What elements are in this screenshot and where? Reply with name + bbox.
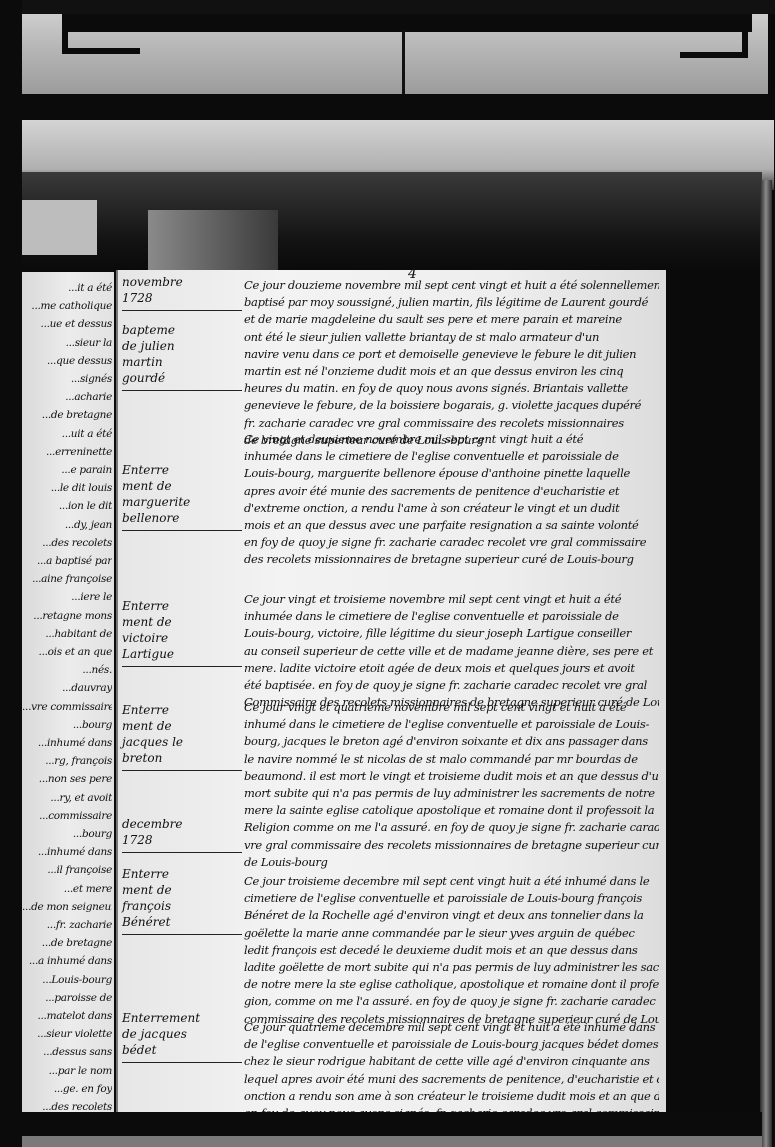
left-page-fragment: ...dy, jean (22, 519, 112, 531)
margin-divider (122, 1062, 242, 1063)
margin-header-line: bapteme (122, 322, 175, 338)
margin-header-entry2: Enterrement demargueritebellenore (122, 462, 190, 526)
margin-divider (122, 934, 242, 935)
margin-header-line: victoire (122, 630, 174, 646)
margin-header-line: ment de (122, 478, 190, 494)
margin-header-line: novembre (122, 274, 183, 290)
entry-5-line: gion, comme on me l'a assuré. en foy de … (244, 994, 659, 1008)
left-page: ...it a été...me catholique...ue et dess… (22, 272, 114, 1114)
left-page-fragment: ...des recolets (22, 537, 112, 549)
left-page-fragment: ...de mon seigneur (22, 901, 112, 913)
entry-3-line: été baptisée. en foy de quoy je signe fr… (244, 678, 659, 692)
page-edge (116, 270, 118, 1120)
frame-bar (0, 0, 775, 14)
margin-header-line: martin (122, 354, 175, 370)
entry-2-line: mois et an que dessus avec une parfaite … (244, 518, 659, 532)
margin-header-line: Enterrement (122, 1010, 200, 1026)
entry-1-line: heures du matin. en foy de quoy nous avo… (244, 381, 659, 395)
margin-header-line: breton (122, 750, 183, 766)
margin-header-entry5: Enterrement defrançoisBénéret (122, 866, 172, 930)
left-page-fragment: ...uit a été (22, 428, 112, 440)
margin-header-line: Enterre (122, 866, 172, 882)
margin-header-line: Enterre (122, 702, 183, 718)
margin-header-entry4: Enterrement dejacques lebreton (122, 702, 183, 766)
left-page-fragment: ...de bretagne (22, 409, 112, 421)
entry-1-line: martin est né l'onzieme dudit mois et an… (244, 364, 659, 378)
entry-1-line: et de marie magdeleine du sault ses pere… (244, 312, 659, 326)
entry-1-line: navire venu dans ce port et demoiselle g… (244, 347, 659, 361)
entry-3-line: Ce jour vingt et troisieme novembre mil … (244, 592, 659, 606)
margin-header-line: decembre (122, 816, 183, 832)
entry-2-line: inhumée dans le cimetiere de l'eglise co… (244, 449, 659, 463)
left-page-fragment: ...matelot dans (22, 1010, 112, 1022)
left-page-fragment: ...ion le dit (22, 500, 112, 512)
frame-edge-left (0, 0, 22, 1147)
margin-header-line: de julien (122, 338, 175, 354)
margin-header-line: Enterre (122, 598, 174, 614)
left-page-fragment: ...iere le (22, 591, 112, 603)
entry-2-line: apres avoir été munie des sacrements de … (244, 484, 659, 498)
margin-header-month2: decembre1728 (122, 816, 183, 848)
entry-5-line: de notre mere la ste eglise catholique, … (244, 977, 659, 991)
entry-3-line: au conseil superieur de cette ville et d… (244, 644, 659, 658)
margin-divider (122, 310, 242, 311)
entry-2-line: d'extreme onction, a rendu l'ame à son c… (244, 501, 659, 515)
entry-4-line: mort subite qui n'a pas permis de luy ad… (244, 786, 659, 800)
entry-1-line: baptisé par moy soussigné, julien martin… (244, 295, 659, 309)
margin-divider (122, 666, 242, 667)
frame-bracket-right (680, 52, 748, 58)
entry-2-line: des recolets missionnaires de bretagne s… (244, 552, 659, 566)
entry-2-line: Ce vingt et deuxieme novembre mil sept c… (244, 432, 659, 446)
left-page-fragment: ...e parain (22, 464, 112, 476)
frame-bracket-right (742, 14, 748, 56)
frame-bar (62, 14, 752, 32)
left-page-fragment: ...il françoise (22, 864, 112, 876)
entry-5-line: ladite goëlette de mort subite qui n'a p… (244, 960, 659, 974)
margin-header-entry6: Enterrementde jacquesbédet (122, 1010, 200, 1058)
margin-divider (122, 770, 242, 771)
margin-header-line: 1728 (122, 832, 183, 848)
left-page-fragment: ...bourg (22, 719, 112, 731)
entry-6-line: onction a rendu son ame à son créateur l… (244, 1089, 659, 1103)
left-page-fragment: ...erreninette (22, 446, 112, 458)
paper-scrap (22, 200, 97, 255)
left-page-fragment: ...rg, françois (22, 755, 112, 767)
left-page-fragment: ...vre commissaire (22, 701, 112, 713)
left-page-fragment: ...sieur violette (22, 1028, 112, 1040)
paper-scrap (148, 210, 278, 270)
left-page-fragment: ...it a été (22, 282, 112, 294)
entry-6-line: Ce jour quatrieme decembre mil sept cent… (244, 1020, 659, 1034)
left-page-fragment: ...ry, et avoit (22, 792, 112, 804)
left-page-fragment: ...me catholique (22, 300, 112, 312)
margin-header-entry3: Enterrement devictoireLartigue (122, 598, 174, 662)
left-page-fragment: ...nés. (22, 664, 112, 676)
left-page-fragment: ...aine françoise (22, 573, 112, 585)
entry-1-line: Ce jour douzieme novembre mil sept cent … (244, 278, 659, 292)
left-page-fragment: ...retagne mons (22, 610, 112, 622)
margin-header-month1: novembre1728 (122, 274, 183, 306)
entry-6-line: de l'eglise conventuelle et paroissiale … (244, 1037, 659, 1051)
left-page-fragment: ...sieur la (22, 337, 112, 349)
left-page-fragment: ...Louis-bourg (22, 974, 112, 986)
left-page-fragment: ...paroisse de (22, 992, 112, 1004)
entry-4-line: Religion comme on me l'a assuré. en foy … (244, 820, 659, 834)
entry-5-line: Ce jour troisieme decembre mil sept cent… (244, 874, 659, 888)
entry-4-line: mere la sainte eglise catolique apostoli… (244, 803, 659, 817)
left-page-fragment: ...bourg (22, 828, 112, 840)
entry-3-line: Louis-bourg, victoire, fille légitime du… (244, 626, 659, 640)
entry-4-line: le navire nommé le st nicolas de st malo… (244, 752, 659, 766)
left-page-fragment: ...inhumé dans (22, 846, 112, 858)
left-page-fragment: ...dauvray (22, 682, 112, 694)
entry-1-line: ont été le sieur julien vallette brianta… (244, 330, 659, 344)
entry-5-line: cimetiere de l'eglise conventuelle et pa… (244, 891, 659, 905)
margin-header-line: 1728 (122, 290, 183, 306)
left-page-fragment: ...ois et an que (22, 646, 112, 658)
margin-divider (122, 390, 242, 391)
left-page-fragment: ...que dessus (22, 355, 112, 367)
margin-header-line: ment de (122, 882, 172, 898)
margin-header-line: ment de (122, 718, 183, 734)
left-page-fragment: ...habitant de (22, 628, 112, 640)
entry-1-line: fr. zacharie caradec vre gral commissair… (244, 416, 659, 430)
entry-6-line: chez le sieur rodrigue habitant de cette… (244, 1054, 659, 1068)
entry-2-line: en foy de quoy je signe fr. zacharie car… (244, 535, 659, 549)
entry-3-line: mere. ladite victoire etoit agée de deux… (244, 661, 659, 675)
left-page-fragment: ...commissaire (22, 810, 112, 822)
entry-4-line: beaumond. il est mort le vingt et troisi… (244, 769, 659, 783)
entry-2-line: Louis-bourg, marguerite bellenore épouse… (244, 466, 659, 480)
entry-4-line: inhumé dans le cimetiere de l'eglise con… (244, 717, 659, 731)
shadow-band (22, 172, 762, 272)
margin-header-line: françois (122, 898, 172, 914)
entry-5-line: goëlette la marie anne commandée par le … (244, 926, 659, 940)
left-page-fragment: ...inhumé dans (22, 737, 112, 749)
left-page-fragment: ...ge. en foy (22, 1083, 112, 1095)
left-page-fragment: ...a baptisé par (22, 555, 112, 567)
entry-6-line: lequel apres avoir été muni des sacremen… (244, 1072, 659, 1086)
right-edge-strip (760, 180, 772, 1147)
entry-4-line: de Louis-bourg (244, 855, 659, 869)
margin-header-line: de jacques (122, 1026, 200, 1042)
margin-header-line: jacques le (122, 734, 183, 750)
entry-4-line: bourg, jacques le breton agé d'environ s… (244, 734, 659, 748)
margin-header-line: marguerite (122, 494, 190, 510)
left-page-fragment: ...par le nom (22, 1065, 112, 1077)
left-page-fragment: ...ue et dessus (22, 318, 112, 330)
left-page-fragment: ...non ses pere (22, 773, 112, 785)
left-page-fragment: ...a inhumé dans (22, 955, 112, 967)
left-page-fragment: ...le dit louis (22, 482, 112, 494)
left-page-fragment: ...fr. zacharie (22, 919, 112, 931)
entry-1-line: genevieve le febure, de la boissiere bog… (244, 398, 659, 412)
left-page-fragment: ...dessus sans (22, 1046, 112, 1058)
margin-header-entry1: baptemede julienmartingourdé (122, 322, 175, 386)
margin-divider (122, 530, 242, 531)
margin-divider (122, 852, 242, 853)
entry-4-line: Ce jour vingt et quatrieme novembre mil … (244, 700, 659, 714)
left-page-fragment: ...et mere (22, 883, 112, 895)
frame-bracket-left (62, 48, 140, 54)
margin-header-line: bellenore (122, 510, 190, 526)
margin-header-line: gourdé (122, 370, 175, 386)
entry-4-line: vre gral commissaire des recolets missio… (244, 838, 659, 852)
left-page-fragment: ...acharie (22, 391, 112, 403)
right-page: 4 novembre1728baptemede julienmartingour… (116, 270, 666, 1120)
margin-header-line: bédet (122, 1042, 200, 1058)
left-page-fragment: ...de bretagne (22, 937, 112, 949)
margin-header-line: Bénéret (122, 914, 172, 930)
margin-header-line: ment de (122, 614, 174, 630)
entry-3-line: inhumée dans le cimetiere de l'eglise co… (244, 609, 659, 623)
entry-5-line: ledit françois est decedé le deuxieme du… (244, 943, 659, 957)
margin-header-line: Lartigue (122, 646, 174, 662)
entry-5-line: Bénéret de la Rochelle agé d'environ vin… (244, 908, 659, 922)
bottom-board-strip (22, 1136, 762, 1147)
frame-bar (0, 94, 775, 122)
margin-header-line: Enterre (122, 462, 190, 478)
left-page-fragment: ...signés (22, 373, 112, 385)
